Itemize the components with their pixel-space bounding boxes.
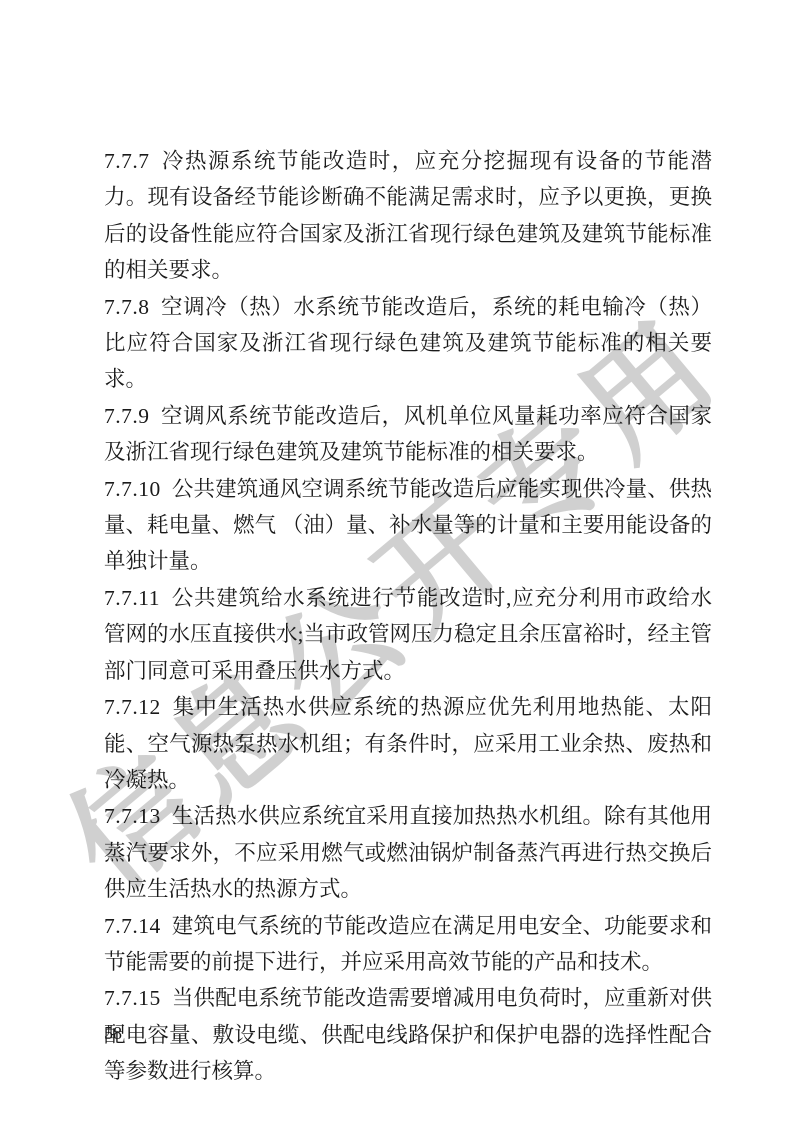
page-number: 58 (104, 1023, 122, 1044)
clause-text: 空调风系统节能改造后，风机单位风量耗功率应符合国家及浙江省现行绿色建筑及建筑节能… (104, 404, 712, 464)
clause-number: 7.7.14 (104, 914, 161, 938)
clause-number: 7.7.12 (104, 695, 161, 719)
clause-text: 建筑电气系统的节能改造应在满足用电安全、功能要求和节能需要的前提下进行，并应采用… (104, 914, 712, 974)
clause-number: 7.7.7 (104, 149, 150, 173)
clause-text: 公共建筑给水系统进行节能改造时,应充分利用市政给水管网的水压直接供水;当市政管网… (104, 586, 712, 683)
clause-7-7-8: 7.7.8空调冷（热）水系统节能改造后，系统的耗电输冷（热）比应符合国家及浙江省… (104, 289, 712, 398)
clause-7-7-12: 7.7.12集中生活热水供应系统的热源应优先利用地热能、太阳能、空气源热泵热水机… (104, 689, 712, 798)
clause-7-7-13: 7.7.13生活热水供应系统宜采用直接加热热水机组。除有其他用蒸汽要求外，不应采… (104, 798, 712, 907)
clause-text: 空调冷（热）水系统节能改造后，系统的耗电输冷（热）比应符合国家及浙江省现行绿色建… (104, 295, 712, 392)
clause-text: 集中生活热水供应系统的热源应优先利用地热能、太阳能、空气源热泵热水机组；有条件时… (104, 695, 712, 792)
clause-number: 7.7.13 (104, 804, 161, 828)
clause-7-7-10: 7.7.10公共建筑通风空调系统节能改造后应能实现供冷量、供热量、耗电量、燃气 … (104, 471, 712, 580)
clause-number: 7.7.8 (104, 295, 150, 319)
clause-7-7-14: 7.7.14建筑电气系统的节能改造应在满足用电安全、功能要求和节能需要的前提下进… (104, 908, 712, 981)
clause-number: 7.7.9 (104, 404, 150, 428)
clause-7-7-7: 7.7.7冷热源系统节能改造时，应充分挖掘现有设备的节能潜力。现有设备经节能诊断… (104, 143, 712, 289)
document-content: 7.7.7冷热源系统节能改造时，应充分挖掘现有设备的节能潜力。现有设备经节能诊断… (104, 143, 712, 1090)
clause-number: 7.7.11 (104, 586, 160, 610)
clause-7-7-15: 7.7.15当供配电系统节能改造需要增减用电负荷时，应重新对供配电容量、敷设电缆… (104, 980, 712, 1089)
clause-text: 生活热水供应系统宜采用直接加热热水机组。除有其他用蒸汽要求外，不应采用燃气或燃油… (104, 804, 712, 901)
clause-7-7-11: 7.7.11公共建筑给水系统进行节能改造时,应充分利用市政给水管网的水压直接供水… (104, 580, 712, 689)
clause-text: 公共建筑通风空调系统节能改造后应能实现供冷量、供热量、耗电量、燃气 （油）量、补… (104, 477, 712, 574)
clause-number: 7.7.10 (104, 477, 161, 501)
clause-7-7-9: 7.7.9空调风系统节能改造后，风机单位风量耗功率应符合国家及浙江省现行绿色建筑… (104, 398, 712, 471)
clause-text: 当供配电系统节能改造需要增减用电负荷时，应重新对供配电容量、敷设电缆、供配电线路… (104, 986, 712, 1083)
clause-number: 7.7.15 (104, 986, 161, 1010)
clause-text: 冷热源系统节能改造时，应充分挖掘现有设备的节能潜力。现有设备经节能诊断确不能满足… (104, 149, 712, 282)
document-page: 信息公开专用 7.7.7冷热源系统节能改造时，应充分挖掘现有设备的节能潜力。现有… (0, 0, 800, 1131)
